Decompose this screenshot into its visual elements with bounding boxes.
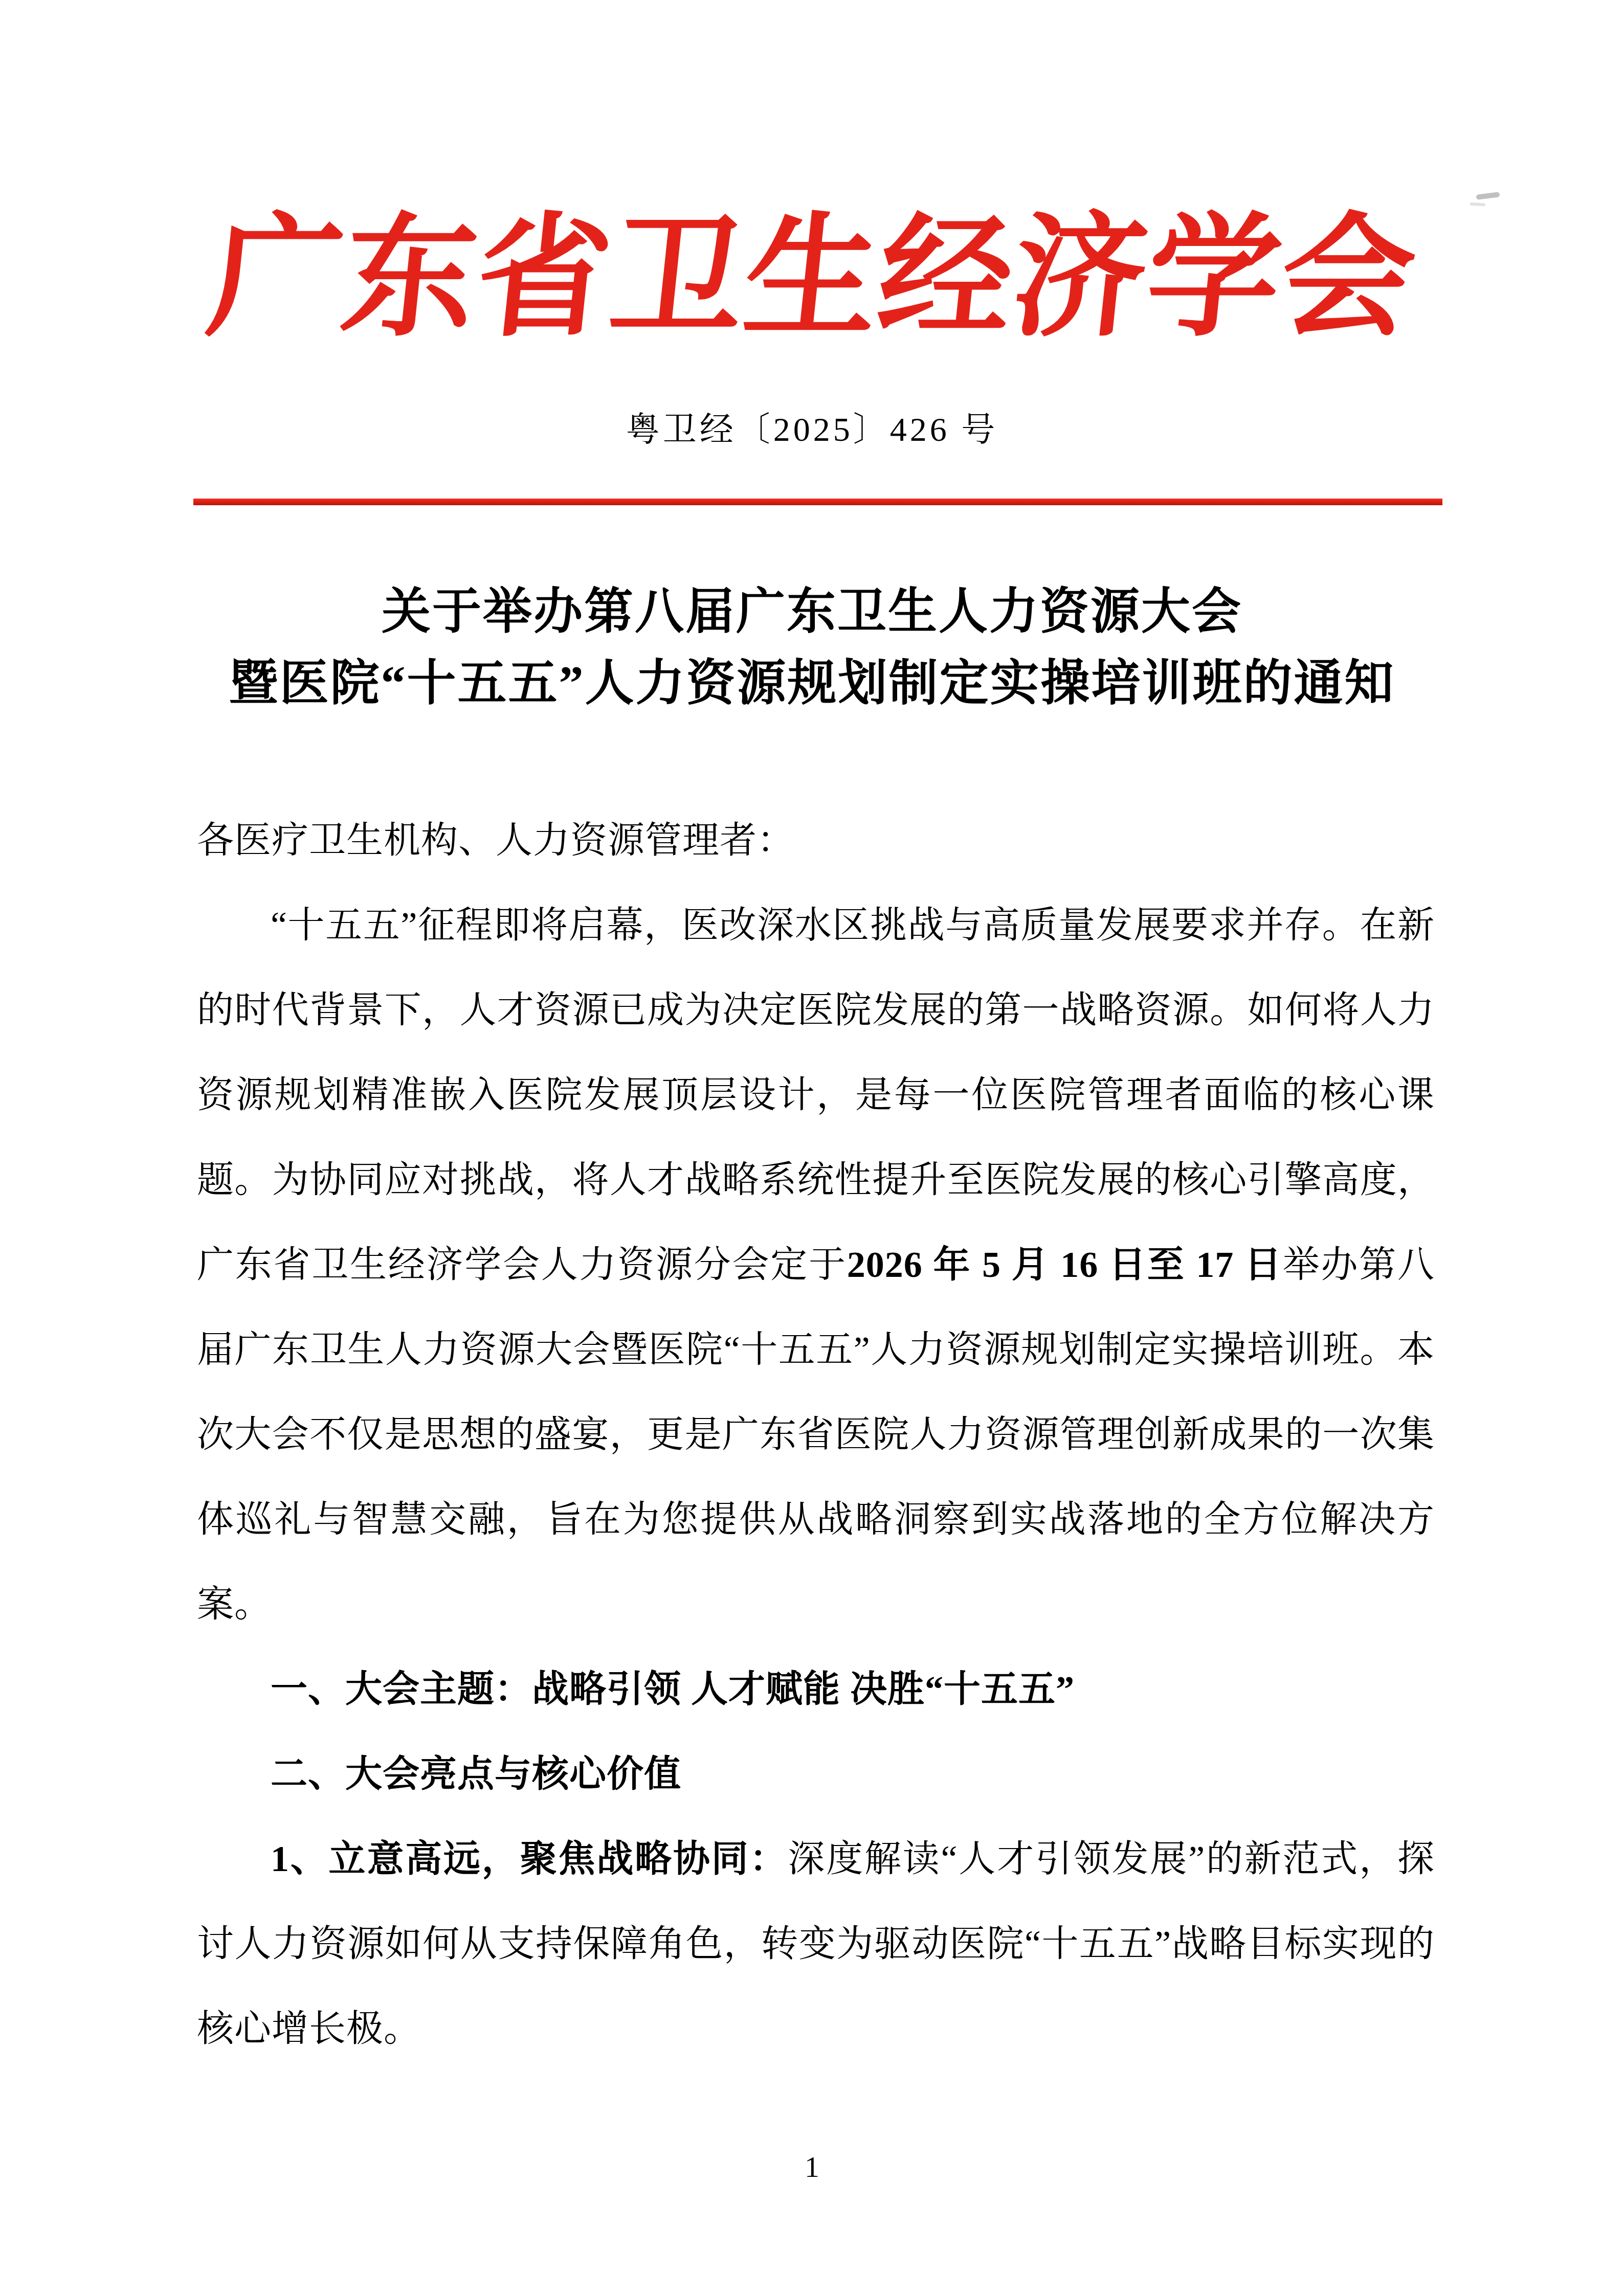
paragraph-item1: 1、立意高远，聚焦战略协同：深度解读“人才引领发展”的新范式，探讨人力资源如何从… [197, 1816, 1435, 2071]
paragraph-main-text-2: 举办第八届广东卫生人力资源大会暨医院“十五五”人力资源规划制定实操培训班。本次大… [197, 1244, 1435, 1625]
paragraph-main-text-1: “十五五”征程即将启幕，医改深水区挑战与高质量发展要求并存。在新的时代背景下，人… [197, 905, 1435, 1285]
salutation: 各医疗卫生机构、人力资源管理者： [197, 798, 1435, 883]
paragraph-main: “十五五”征程即将启幕，医改深水区挑战与高质量发展要求并存。在新的时代背景下，人… [197, 883, 1435, 1647]
notice-body: 各医疗卫生机构、人力资源管理者： “十五五”征程即将启幕，医改深水区挑战与高质量… [197, 798, 1435, 2071]
page-number: 1 [0, 2147, 1624, 2188]
heading-theme: 一、大会主题：战略引领 人才赋能 决胜“十五五” [197, 1647, 1435, 1731]
item1-lead-bold: 1、立意高远，聚焦战略协同： [271, 1838, 788, 1879]
document-page: 广东省卫生经济学会 粤卫经〔2025〕426 号 关于举办第八届广东卫生人力资源… [0, 0, 1624, 2296]
red-divider-line [193, 499, 1442, 505]
letterhead-title: 广东省卫生经济学会 [0, 184, 1624, 378]
event-date-bold: 2026 年 5 月 16 日至 17 日 [847, 1244, 1283, 1285]
doc-number: 粤卫经〔2025〕426 号 [0, 402, 1624, 458]
notice-title: 关于举办第八届广东卫生人力资源大会 暨医院“十五五”人力资源规划制定实操培训班的… [0, 576, 1624, 719]
notice-title-line1: 关于举办第八届广东卫生人力资源大会 [0, 576, 1624, 647]
heading-highlights: 二、大会亮点与核心价值 [197, 1731, 1435, 1816]
notice-title-line2: 暨医院“十五五”人力资源规划制定实操培训班的通知 [0, 647, 1624, 719]
